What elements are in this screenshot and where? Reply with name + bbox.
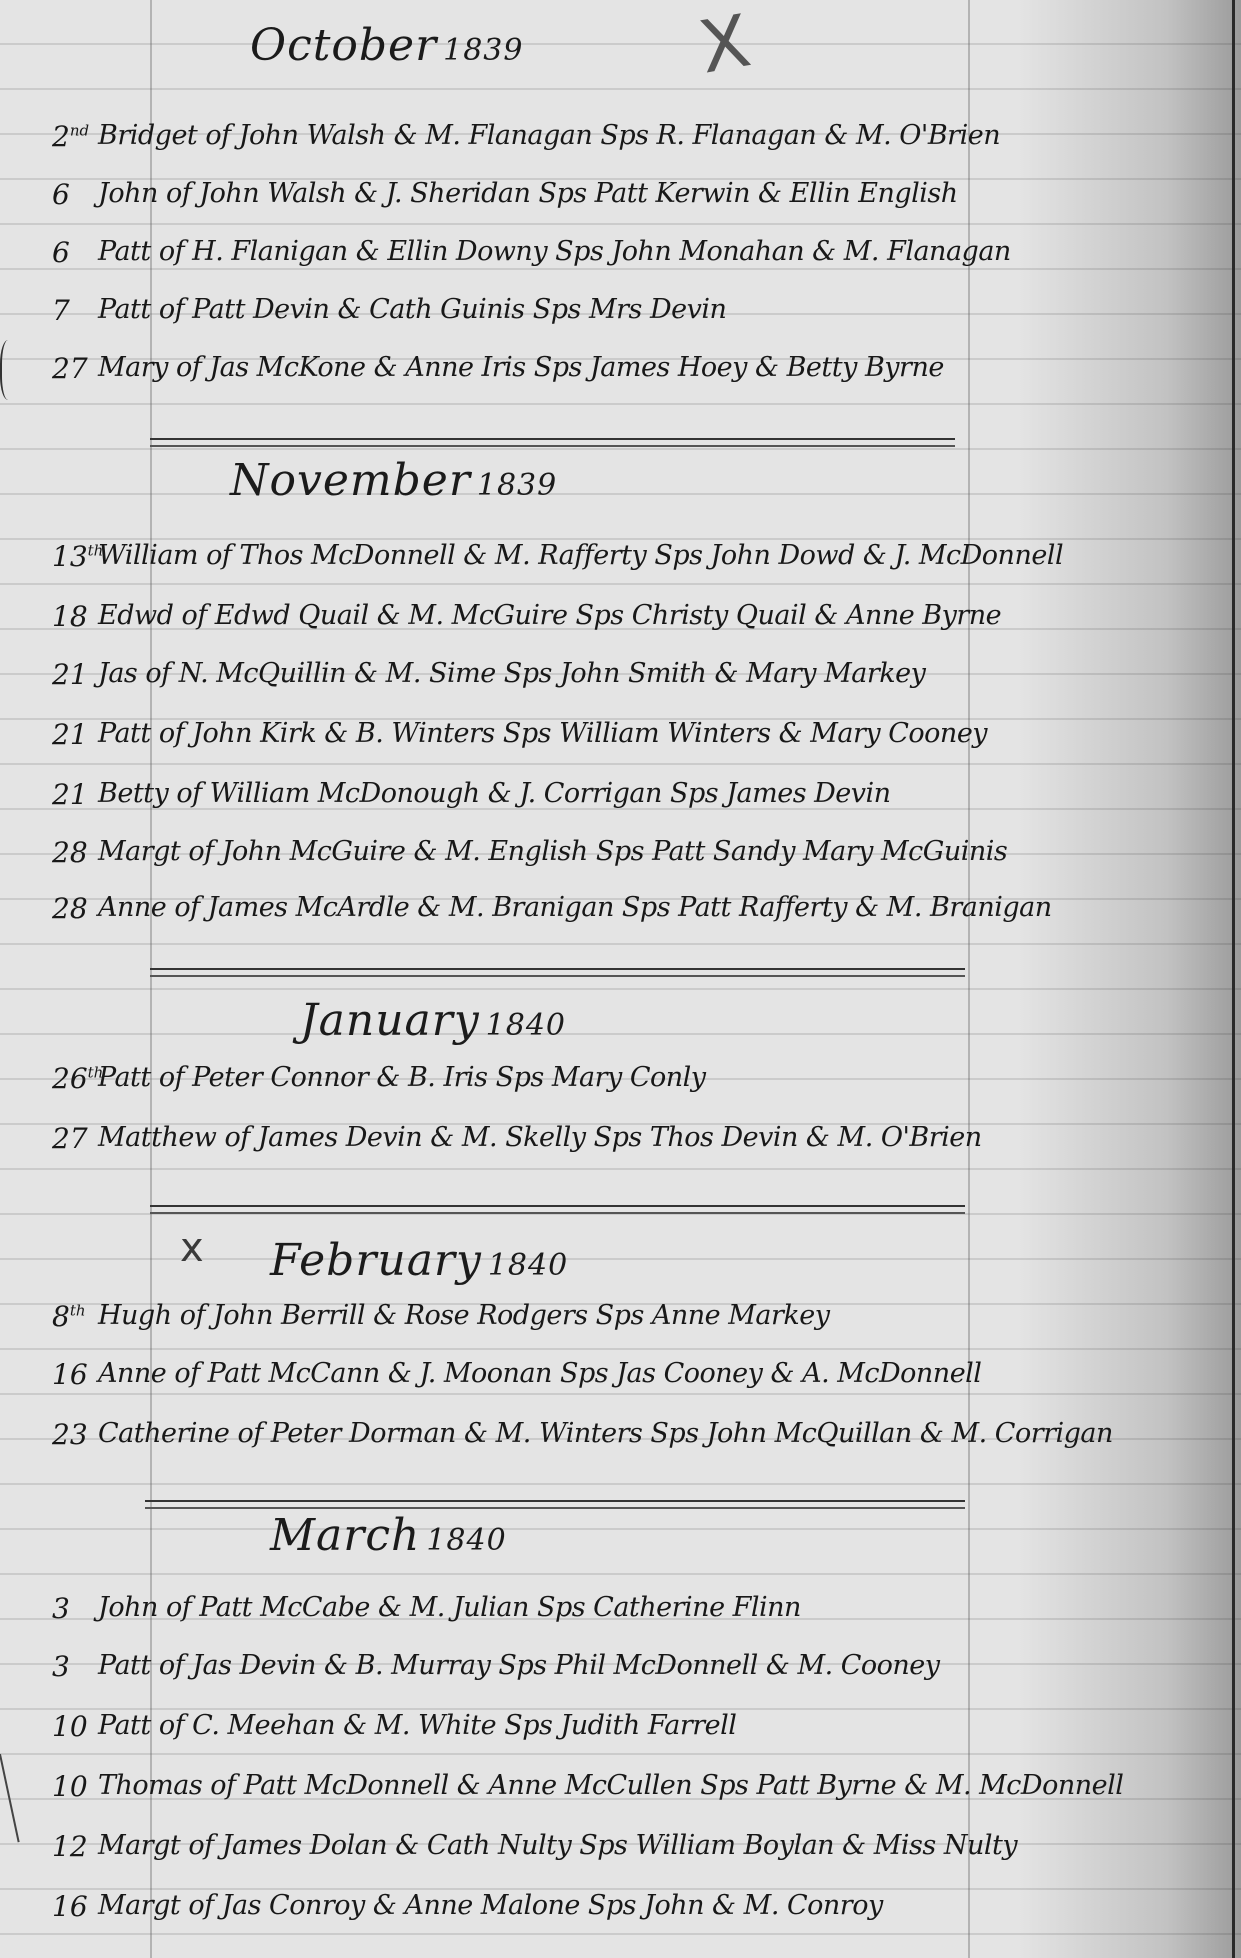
entry-day: 21 [52, 658, 92, 691]
entry-text: Patt of H. Flanigan & Ellin Downy Sps Jo… [98, 236, 1011, 267]
month-heading-february: February1840 [270, 1235, 568, 1286]
register-entry: 10Patt of C. Meehan & M. White Sps Judit… [0, 1710, 1220, 1758]
month-name: January [300, 995, 480, 1046]
register-entry: 23Catherine of Peter Dorman & M. Winters… [0, 1418, 1220, 1466]
cross-mark-february: x [180, 1225, 204, 1271]
section-divider [150, 438, 955, 447]
register-entry: 6Patt of H. Flanigan & Ellin Downy Sps J… [0, 236, 1220, 284]
entry-text: Margt of John McGuire & M. English Sps P… [98, 836, 1007, 867]
entry-day: 18 [52, 600, 92, 633]
entry-text: John of John Walsh & J. Sheridan Sps Pat… [98, 178, 958, 209]
entry-text: Edwd of Edwd Quail & M. McGuire Sps Chri… [98, 600, 1001, 631]
register-entry: 27Matthew of James Devin & M. Skelly Sps… [0, 1122, 1220, 1170]
month-heading-november: November1839 [230, 455, 557, 506]
month-heading-march: March1840 [270, 1510, 507, 1561]
register-entry: 3John of Patt McCabe & M. Julian Sps Cat… [0, 1592, 1220, 1640]
register-entry: 28Margt of John McGuire & M. English Sps… [0, 836, 1220, 884]
entry-text: William of Thos McDonnell & M. Rafferty … [98, 540, 1063, 571]
section-divider [145, 1500, 965, 1509]
entry-day: 26th [52, 1062, 92, 1095]
register-entry: 12Margt of James Dolan & Cath Nulty Sps … [0, 1830, 1220, 1878]
entry-text: Mary of Jas McKone & Anne Iris Sps James… [98, 352, 944, 383]
entry-day: 2nd [52, 120, 92, 153]
entry-text: Patt of C. Meehan & M. White Sps Judith … [98, 1710, 736, 1741]
month-year: 1839 [477, 468, 557, 503]
month-heading-january: January1840 [300, 995, 566, 1046]
entry-day: 6 [52, 236, 92, 269]
entry-day: 13th [52, 540, 92, 573]
entry-day: 28 [52, 836, 92, 869]
month-year: 1840 [426, 1523, 506, 1558]
page-edge [1232, 0, 1235, 1958]
month-heading-october: October1839 [250, 20, 523, 71]
entry-text: Matthew of James Devin & M. Skelly Sps T… [98, 1122, 982, 1153]
register-entry: 26thPatt of Peter Connor & B. Iris Sps M… [0, 1062, 1220, 1110]
entry-day: 8th [52, 1300, 92, 1333]
entry-day: 21 [52, 778, 92, 811]
entry-day: 7 [52, 294, 92, 327]
register-entry: 16Margt of Jas Conroy & Anne Malone Sps … [0, 1890, 1220, 1938]
register-entry: 13thWilliam of Thos McDonnell & M. Raffe… [0, 540, 1220, 588]
register-entry: 21Jas of N. McQuillin & M. Sime Sps John… [0, 658, 1220, 706]
entry-day: 23 [52, 1418, 92, 1451]
entry-text: Anne of James McArdle & M. Branigan Sps … [98, 892, 1052, 923]
entry-text: Margt of Jas Conroy & Anne Malone Sps Jo… [98, 1890, 883, 1921]
register-entry: 28Anne of James McArdle & M. Branigan Sp… [0, 892, 1220, 940]
month-name: February [270, 1235, 482, 1286]
entry-text: Betty of William McDonough & J. Corrigan… [98, 778, 891, 809]
entry-text: Thomas of Patt McDonnell & Anne McCullen… [98, 1770, 1123, 1801]
entry-text: Patt of John Kirk & B. Winters Sps Willi… [98, 718, 987, 749]
entry-day: 6 [52, 178, 92, 211]
register-entry: 2ndBridget of John Walsh & M. Flanagan S… [0, 120, 1220, 168]
register-entry: 8thHugh of John Berrill & Rose Rodgers S… [0, 1300, 1220, 1348]
entry-day: 3 [52, 1650, 92, 1683]
month-name: March [270, 1510, 420, 1561]
entry-text: Bridget of John Walsh & M. Flanagan Sps … [98, 120, 1000, 151]
entry-text: Margt of James Dolan & Cath Nulty Sps Wi… [98, 1830, 1017, 1861]
register-entry: 21Patt of John Kirk & B. Winters Sps Wil… [0, 718, 1220, 766]
register-entry: 3Patt of Jas Devin & B. Murray Sps Phil … [0, 1650, 1220, 1698]
entry-text: John of Patt McCabe & M. Julian Sps Cath… [98, 1592, 801, 1623]
entry-day: 27 [52, 1122, 92, 1155]
section-divider [150, 968, 965, 977]
entry-text: Patt of Jas Devin & B. Murray Sps Phil M… [98, 1650, 940, 1681]
register-page: X October1839 2ndBridget of John Walsh &… [0, 0, 1241, 1958]
cross-mark-top: X [693, 0, 756, 90]
month-year: 1840 [486, 1008, 566, 1043]
entry-day: 10 [52, 1710, 92, 1743]
entry-text: Patt of Peter Connor & B. Iris Sps Mary … [98, 1062, 706, 1093]
entry-day: 27 [52, 352, 92, 385]
entry-day: 28 [52, 892, 92, 925]
entry-text: Patt of Patt Devin & Cath Guinis Sps Mrs… [98, 294, 726, 325]
month-name: November [230, 455, 471, 506]
register-entry: 18Edwd of Edwd Quail & M. McGuire Sps Ch… [0, 600, 1220, 648]
entry-day: 21 [52, 718, 92, 751]
entry-text: Hugh of John Berrill & Rose Rodgers Sps … [98, 1300, 829, 1331]
register-entry: 10Thomas of Patt McDonnell & Anne McCull… [0, 1770, 1220, 1818]
register-entry: 16Anne of Patt McCann & J. Moonan Sps Ja… [0, 1358, 1220, 1406]
entry-day: 12 [52, 1830, 92, 1863]
entry-day: 3 [52, 1592, 92, 1625]
entry-text: Anne of Patt McCann & J. Moonan Sps Jas … [98, 1358, 981, 1389]
entry-text: Jas of N. McQuillin & M. Sime Sps John S… [98, 658, 925, 689]
entry-day: 10 [52, 1770, 92, 1803]
register-entry: 27Mary of Jas McKone & Anne Iris Sps Jam… [0, 352, 1220, 400]
month-year: 1840 [488, 1248, 568, 1283]
month-name: October [250, 20, 437, 71]
register-entry: 21Betty of William McDonough & J. Corrig… [0, 778, 1220, 826]
entry-day: 16 [52, 1358, 92, 1391]
register-entry: 7Patt of Patt Devin & Cath Guinis Sps Mr… [0, 294, 1220, 342]
entry-text: Catherine of Peter Dorman & M. Winters S… [98, 1418, 1113, 1449]
register-entry: 6John of John Walsh & J. Sheridan Sps Pa… [0, 178, 1220, 226]
entry-day: 16 [52, 1890, 92, 1923]
section-divider [150, 1205, 965, 1214]
month-year: 1839 [443, 33, 523, 68]
